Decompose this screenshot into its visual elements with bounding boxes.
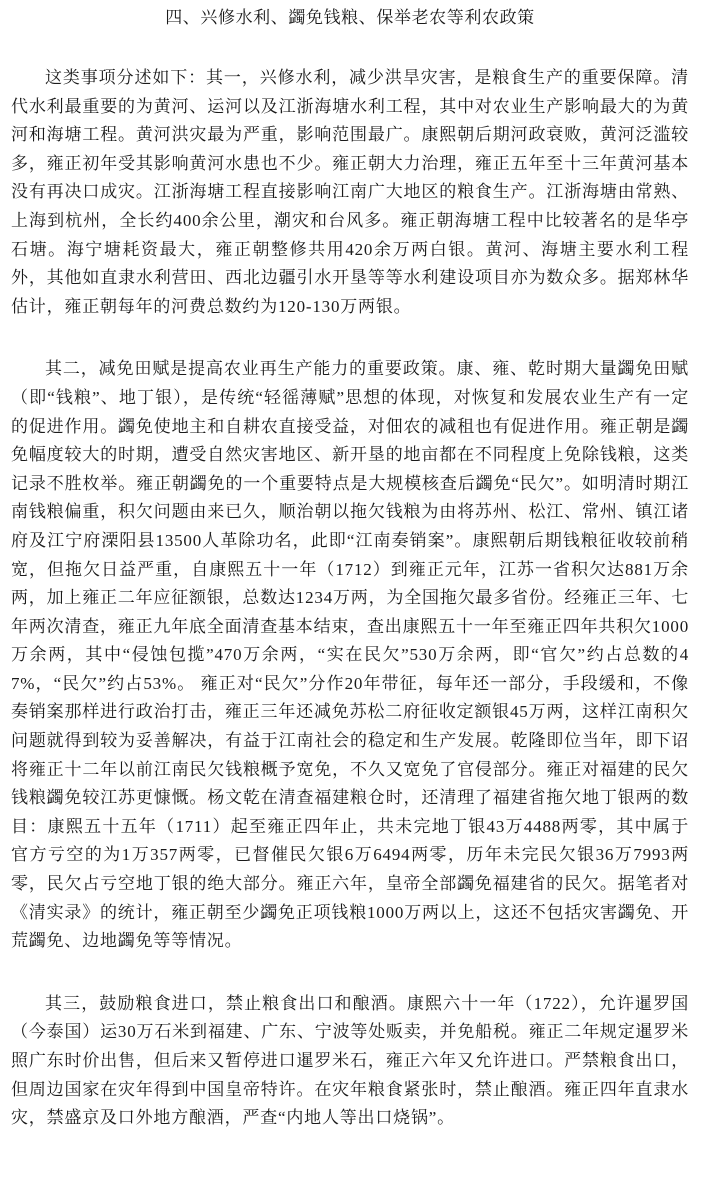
document-title: 四、兴修水利、蠲免钱粮、保举老农等利农政策 — [11, 6, 689, 30]
document-page: 四、兴修水利、蠲免钱粮、保举老农等利农政策 这类事项分述如下：其一，兴修水利，减… — [0, 0, 701, 1179]
paragraph-water-conservancy: 这类事项分述如下：其一，兴修水利，减少洪旱灾害，是粮食生产的重要保障。清代水利最… — [11, 64, 689, 321]
paragraph-tax-exemption: 其二，减免田赋是提高农业再生产能力的重要政策。康、雍、乾时期大量蠲免田赋（即“钱… — [11, 355, 689, 955]
paragraph-grain-import: 其三，鼓励粮食进口，禁止粮食出口和酿酒。康熙六十一年（1722），允许暹罗国（今… — [11, 990, 689, 1133]
